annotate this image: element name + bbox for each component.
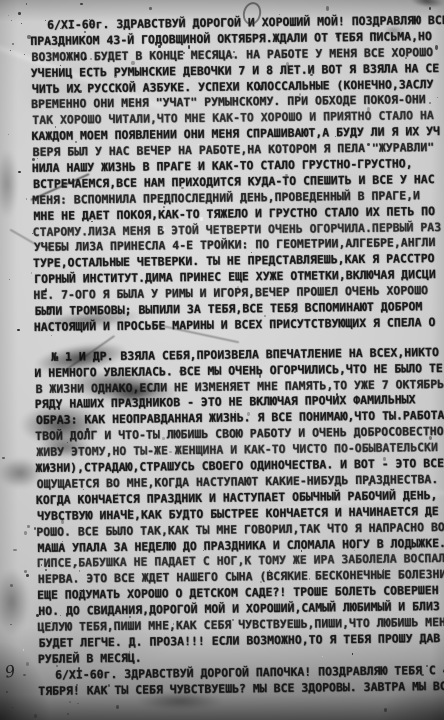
ink-smudge — [0, 136, 22, 232]
letter-paragraph: № 1 И ДР. ВЗЯЛА СЕБЯ,ПРОИЗВЕЛА ВПЕЧАТЛЕН… — [34, 344, 444, 667]
ink-smudge — [403, 0, 444, 13]
letter-paragraph: 6/XI-60г. ЗДРАВСТВУЙ ДОРОГОЙ И ХОРОШИЙ М… — [30, 12, 444, 335]
ink-smudge — [0, 556, 36, 648]
letter-text: 6/XI-60г. ЗДРАВСТВУЙ ДОРОГОЙ И ХОРОШИЙ М… — [30, 12, 444, 699]
letter-photograph: 6/XI-60г. ЗДРАВСТВУЙ ДОРОГОЙ И ХОРОШИЙ М… — [0, 0, 444, 720]
letter-paragraph: 6/XI-60г. ЗДРАВСТВУЙ ДОРОГОЙ ПАПОЧКА! ПО… — [38, 662, 444, 699]
margin-number-mark: 9 — [3, 661, 16, 681]
